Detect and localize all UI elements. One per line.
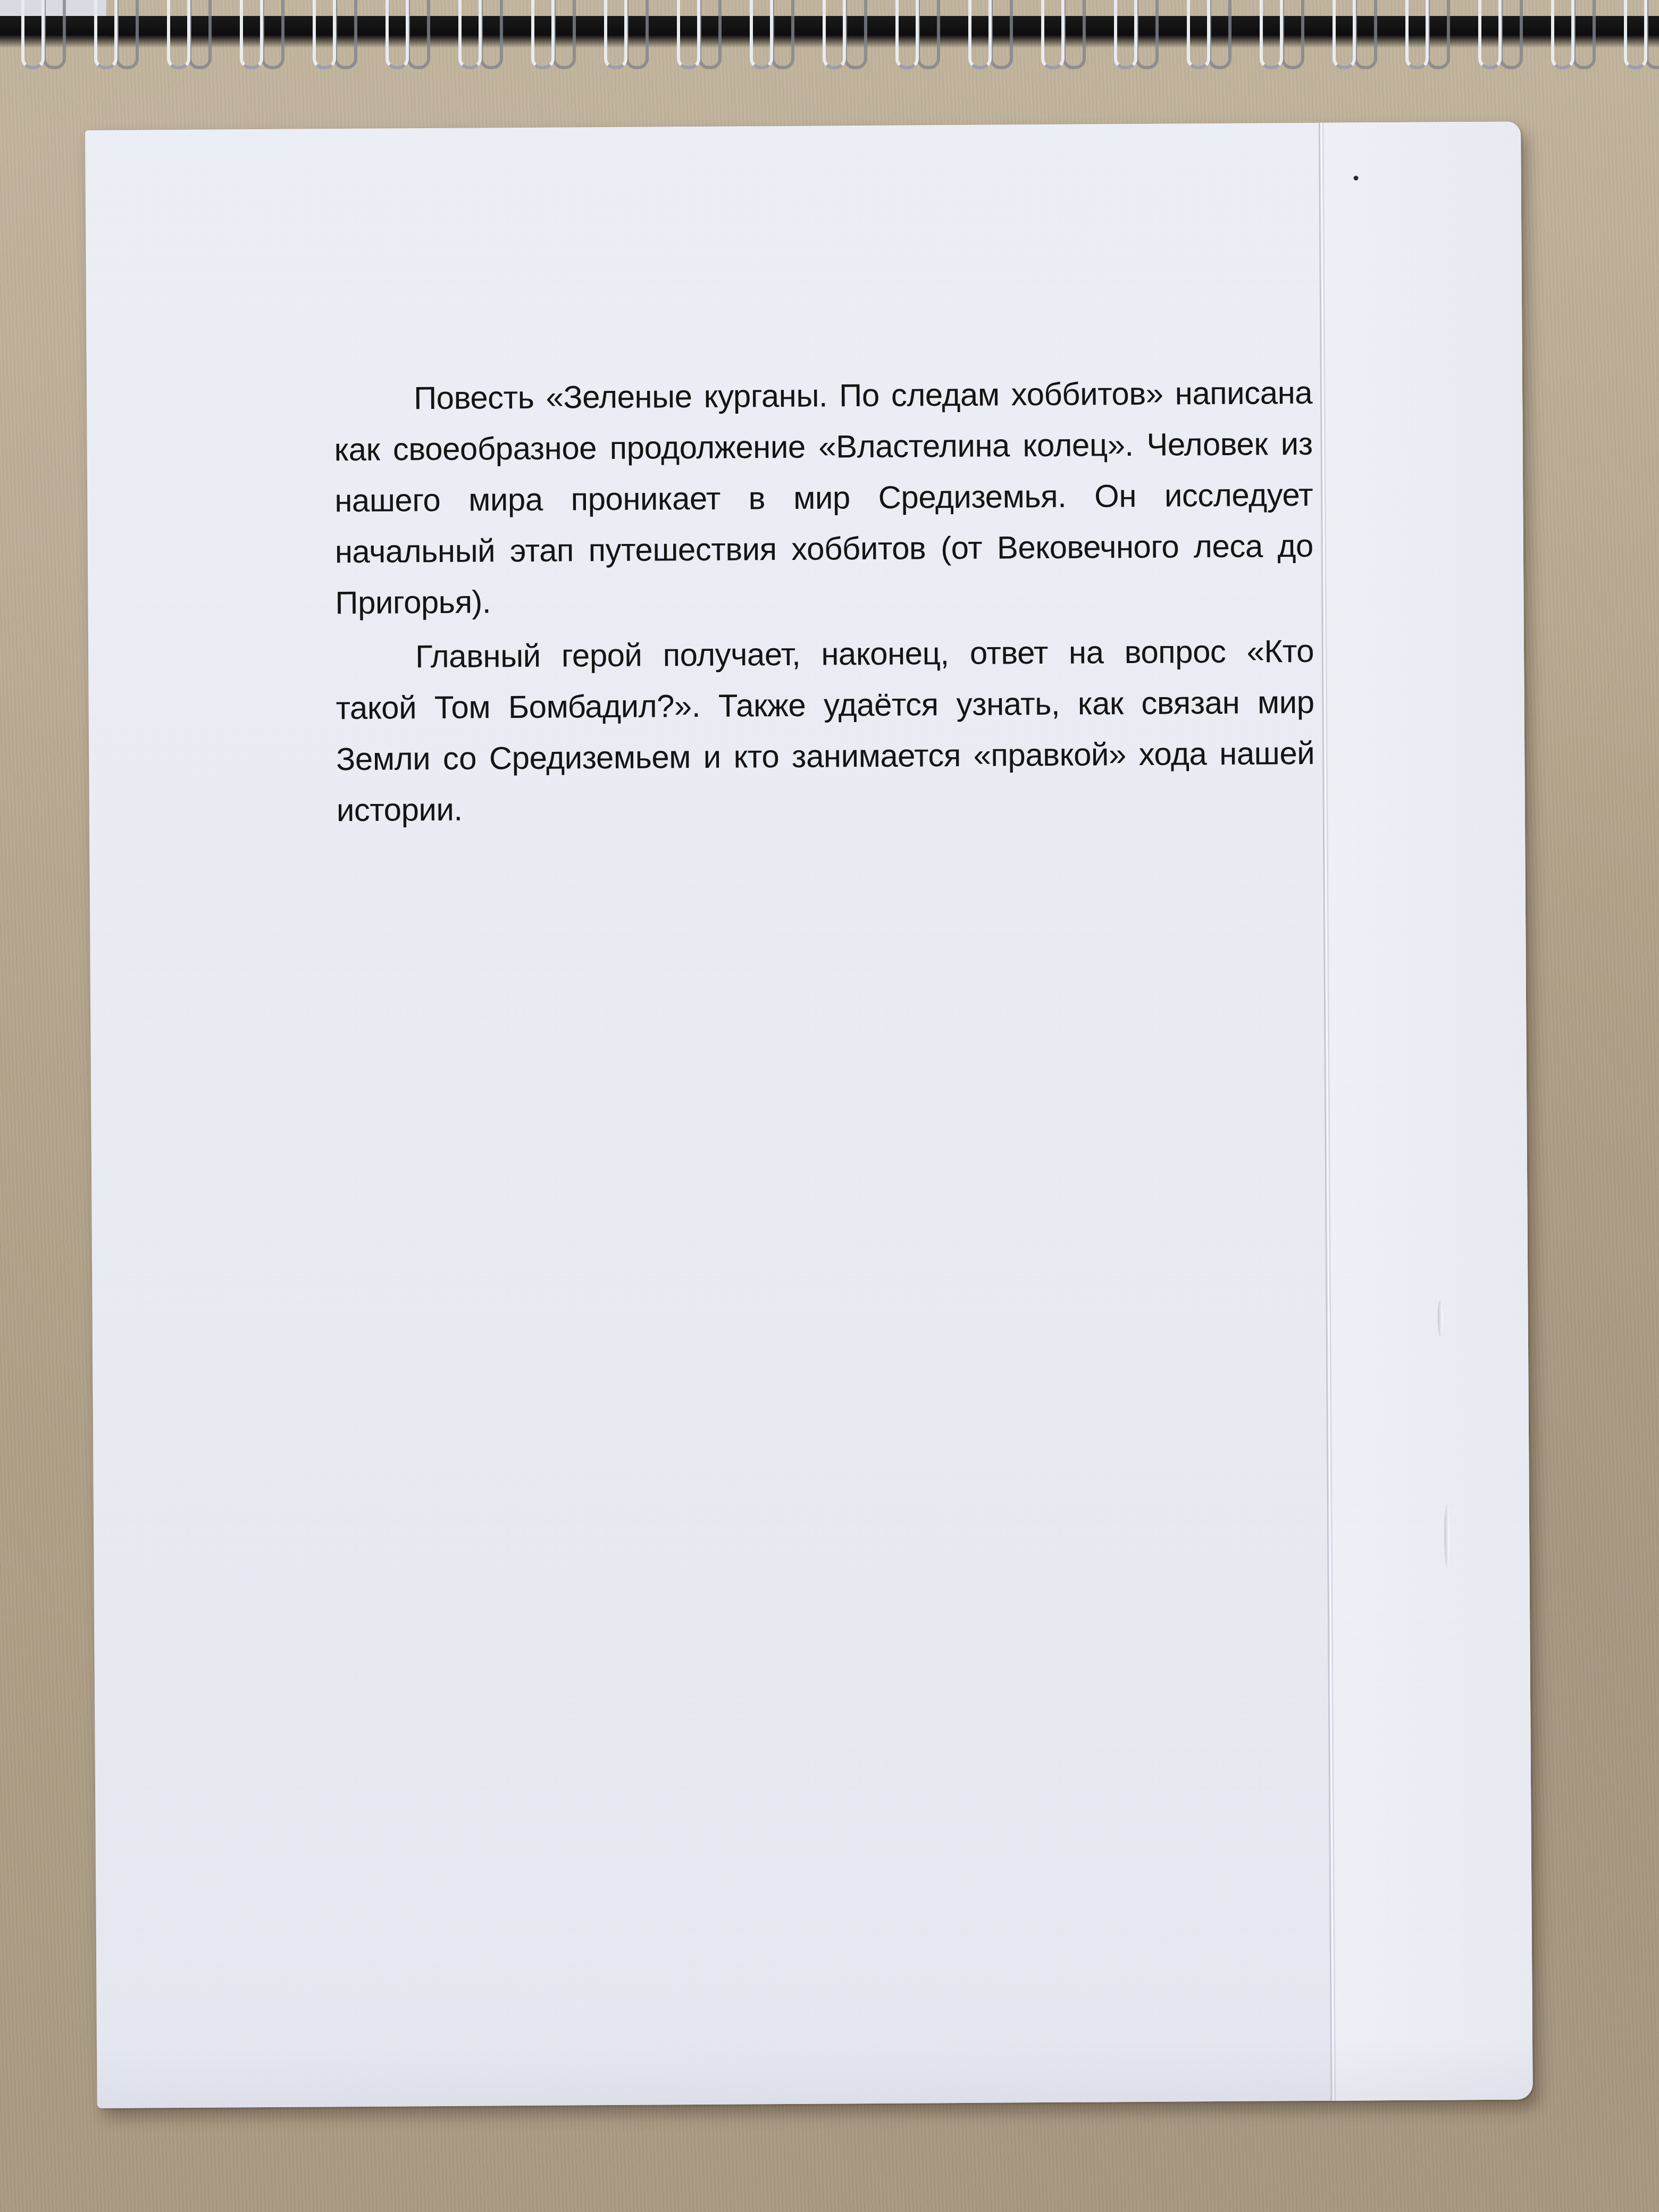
coil-wire-back <box>625 0 649 69</box>
coil-wire-back <box>1135 0 1159 69</box>
blurb-paragraph-2: Главный герой получает, наконец, ответ н… <box>336 626 1315 836</box>
coil-wire <box>677 0 700 69</box>
coil-wire-back <box>771 0 794 69</box>
coil-wire-back <box>480 0 503 69</box>
coil-wire-back <box>844 0 867 69</box>
coil-wire <box>386 0 409 69</box>
coil-wire <box>1187 0 1210 69</box>
coil-wire-back <box>1572 0 1596 69</box>
coil-wire <box>240 0 263 69</box>
coil-wire <box>458 0 482 69</box>
ink-speck <box>1354 175 1359 180</box>
coil-wire <box>21 0 45 69</box>
coil-wire-back <box>188 0 212 69</box>
coil-wire-back <box>115 0 139 69</box>
coil-wire <box>531 0 555 69</box>
coil-wire <box>1260 0 1283 69</box>
coil-wire-back <box>1427 0 1450 69</box>
coil-wire-back <box>1499 0 1523 69</box>
coil-wire-back <box>407 0 430 69</box>
coil-wire <box>1478 0 1502 69</box>
coil-wire <box>313 0 336 69</box>
coil-wire <box>1041 0 1065 69</box>
coil-wire <box>1624 0 1647 69</box>
coil-wire-back <box>552 0 576 69</box>
coil-wire-back <box>1062 0 1086 69</box>
coil-wire <box>94 0 118 69</box>
spine-strip <box>1324 122 1533 2101</box>
coil-wire <box>1405 0 1429 69</box>
coil-wire <box>1333 0 1356 69</box>
coil-wire-back <box>698 0 722 69</box>
coil-wire-back <box>917 0 940 69</box>
booklet-back-cover: Повесть «Зеленые курганы. По следам хобб… <box>85 122 1533 2108</box>
coil-wire-back <box>990 0 1013 69</box>
coil-wire-back <box>261 0 284 69</box>
coil-wire <box>750 0 773 69</box>
spiral-binding <box>0 0 1659 69</box>
coil-wire-back <box>1354 0 1377 69</box>
coil-wire <box>895 0 919 69</box>
coil-wire <box>1551 0 1574 69</box>
coil-wire-back <box>1208 0 1231 69</box>
blurb-text: Повесть «Зеленые курганы. По следам хобб… <box>334 367 1315 836</box>
coil-wire <box>167 0 190 69</box>
coil-wire <box>1114 0 1137 69</box>
coil-wire <box>604 0 627 69</box>
coil-wire-back <box>43 0 66 69</box>
coil-wire <box>823 0 846 69</box>
coil-wire-back <box>1281 0 1304 69</box>
coil-wire <box>968 0 992 69</box>
coil-wire-back <box>334 0 357 69</box>
blurb-paragraph-1: Повесть «Зеленые курганы. По следам хобб… <box>334 367 1314 629</box>
